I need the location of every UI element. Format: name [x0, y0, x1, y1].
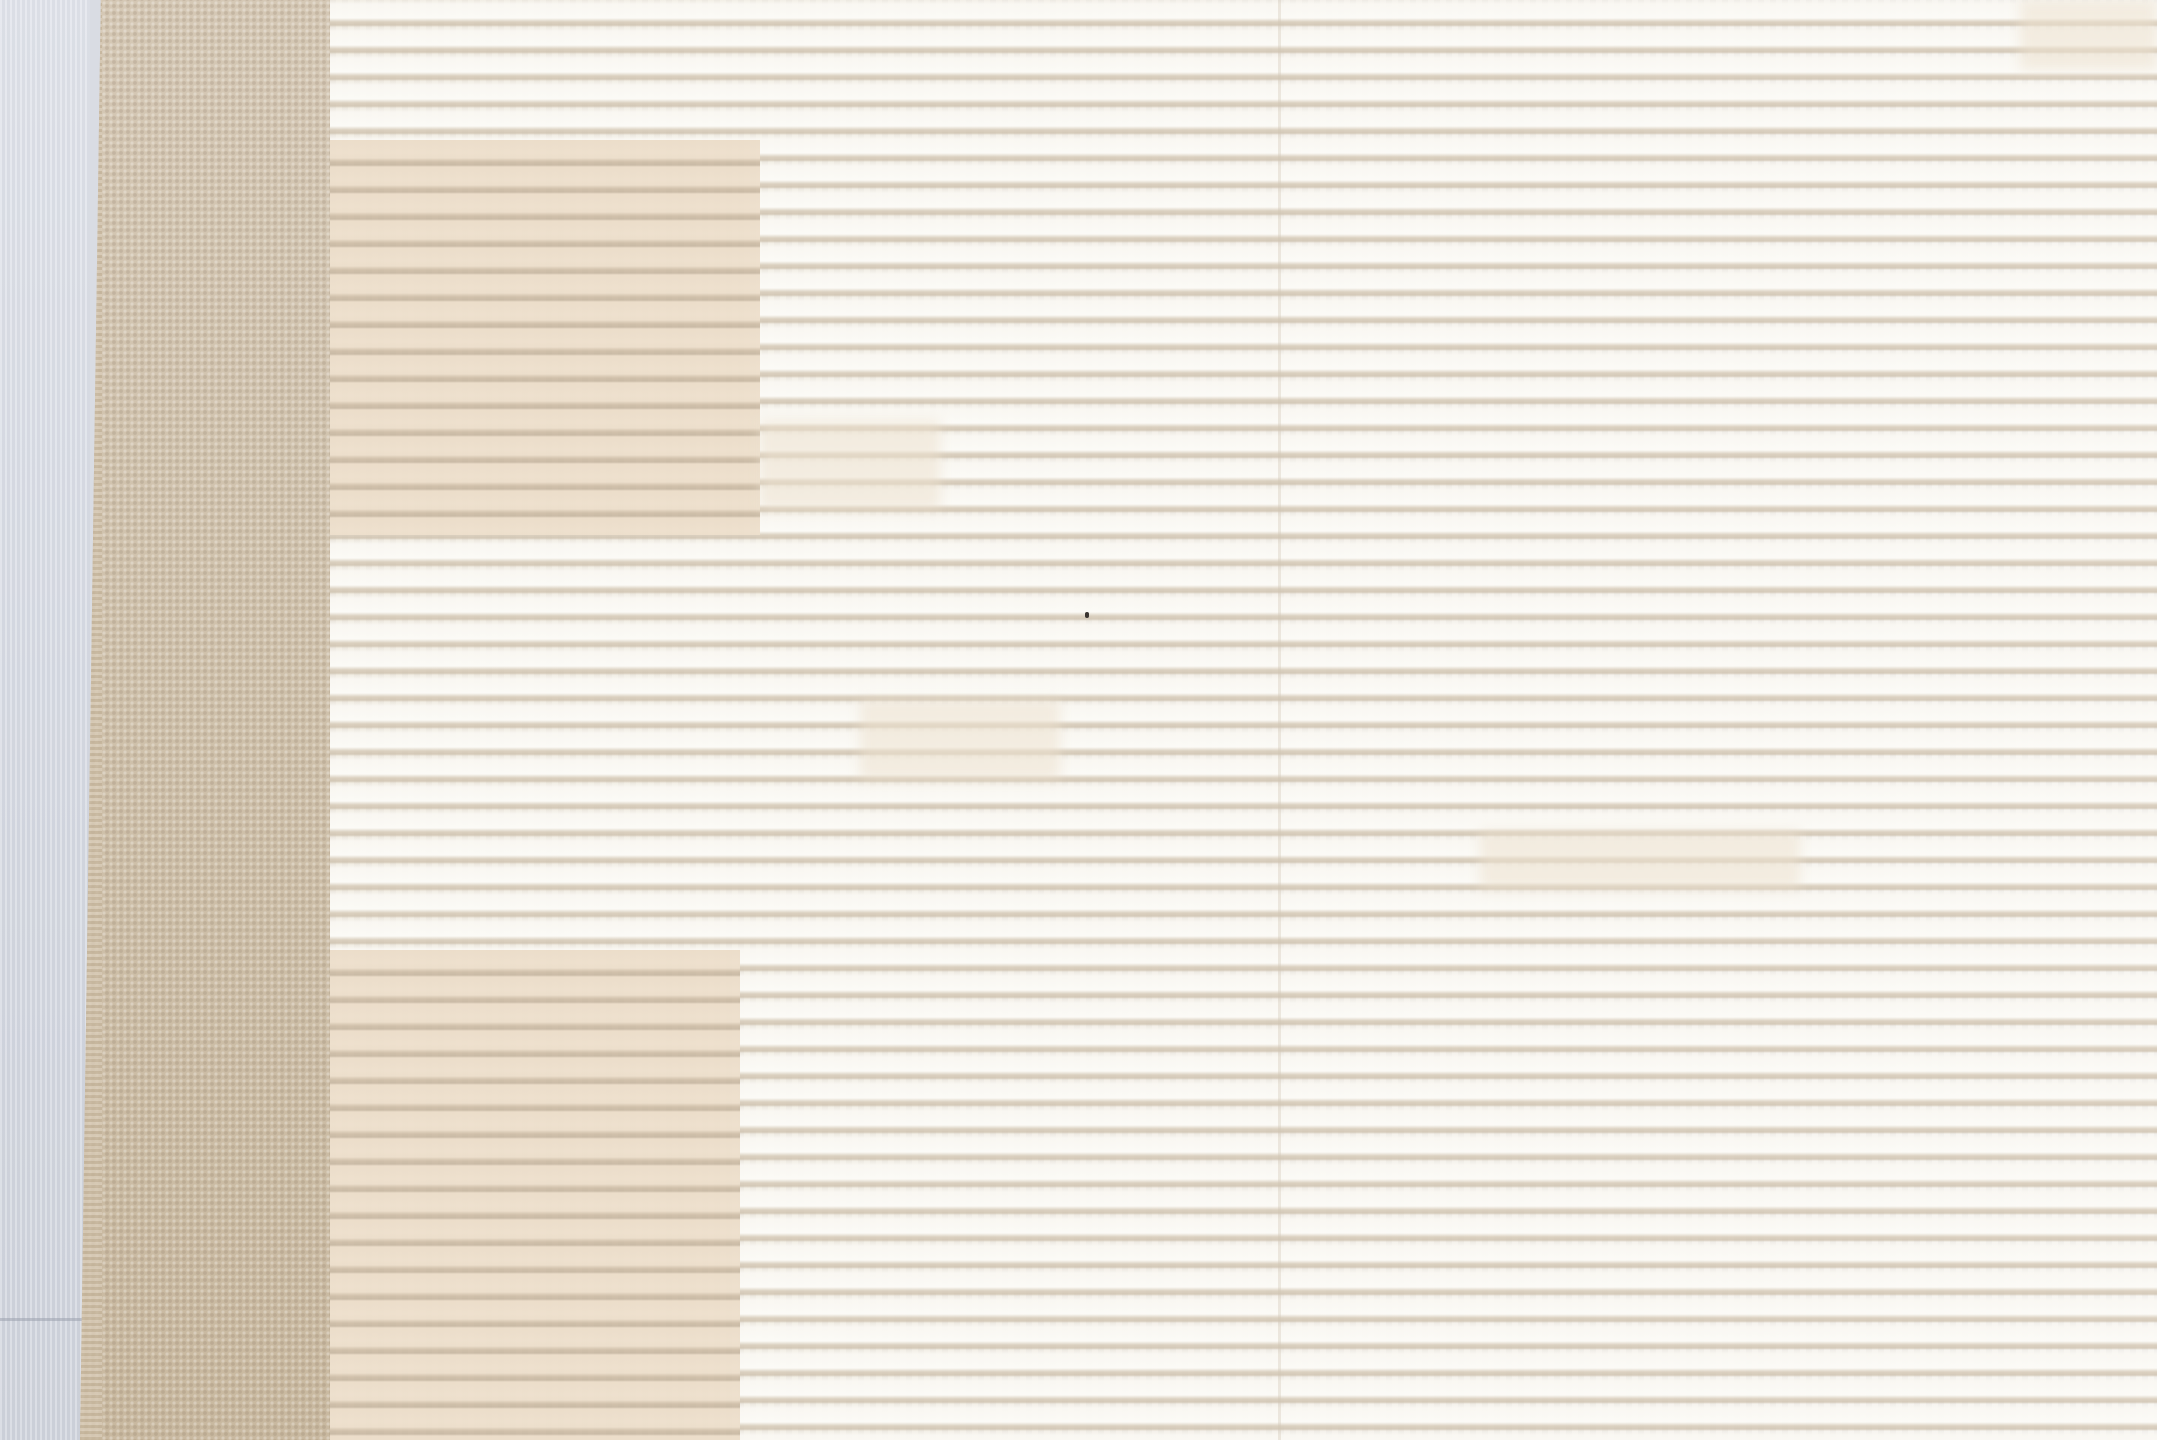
beige-pile-block-lower: [330, 950, 740, 1440]
beige-patch: [1480, 830, 1800, 890]
beige-patch: [2020, 0, 2157, 70]
dark-speck: [1085, 612, 1089, 618]
pile-seam: [1278, 0, 1281, 1440]
beige-pile-block-upper: [330, 140, 760, 535]
beige-patch: [760, 420, 940, 510]
beige-patch: [860, 700, 1060, 780]
flat-weave-border: [80, 0, 340, 1440]
floor-background: [0, 0, 90, 1440]
rug-photo: [0, 0, 2157, 1440]
